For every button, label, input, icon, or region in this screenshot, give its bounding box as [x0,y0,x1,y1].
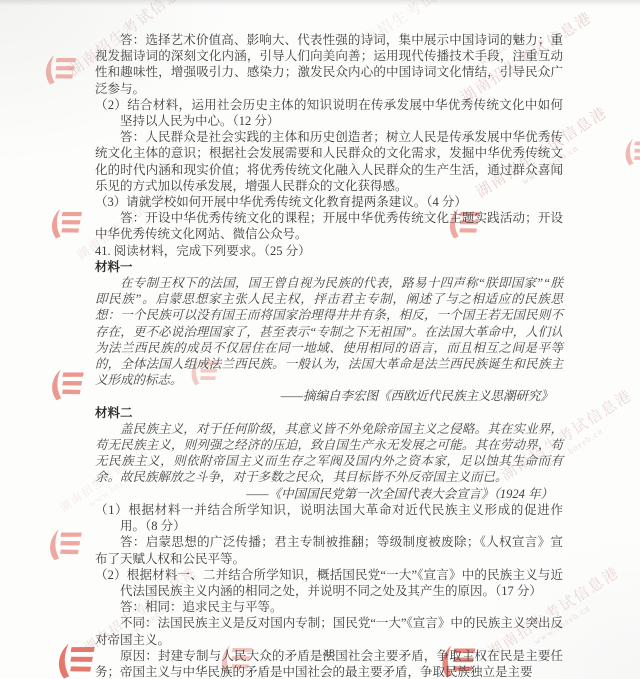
material-1-text: 在专制王权下的法国，国王曾自视为民族的代表，路易十四声称“朕即国家”“朕即民族”… [95,275,563,388]
page-number: 48 [95,646,563,661]
question-41-title: 41. 阅读材料，完成下列要求。（25 分） [95,243,563,259]
question-3: （3）请就学校如何开展中华优秀传统文化教育提两条建议。（4 分） [95,194,563,210]
question-41-1: （1）根据材料一并结合所学知识，说明法国大革命对近代民族主义形成的促进作用。（8… [95,502,563,534]
answer-paragraph: 不同：法国民族主义是反对国内专制；国民党“一大”《宣言》中的民族主义突出反对帝国… [95,615,563,647]
hneeb-logo-icon [40,49,84,86]
answer-paragraph: 答：选择艺术价值高、影响大、代表性强的诗词，集中展示中国诗词的魅力；重视发掘诗词… [95,32,563,97]
material-2-source: ——《中国国民党第一次全国代表大会宣言》（1924 年） [95,486,563,502]
question-2: （2）结合材料，运用社会历史主体的知识说明在传承发展中华优秀传统文化中如何坚持以… [95,97,563,129]
material-1-heading: 材料一 [95,259,563,275]
hneeb-logo-icon [620,134,640,168]
answer-paragraph: 答：人民群众是社会实践的主体和历史创造者；树立人民是传承发展中华优秀传统文化主体… [95,129,563,194]
material-2-heading: 材料二 [95,405,563,421]
material-2-text: 盖民族主义，对于任何阶级，其意义皆不外免除帝国主义之侵略。其在实业界，苟无民族主… [95,421,563,486]
hneeb-logo-icon [46,363,92,403]
answer-paragraph: 答：开设中华优秀传统文化的课程；开展中华优秀传统文化主题实践活动；开设中华优秀传… [95,210,563,242]
answer-paragraph: 答：启蒙思想的广泛传播；君主专制被推翻；等级制度被废除；《人权宣言》宣布了天赋人… [95,534,563,566]
material-1-source: ——摘编自李宏图《西欧近代民族主义思潮研究》 [95,388,563,404]
hneeb-logo-icon [46,203,90,240]
question-41-2: （2）根据材料一、二并结合所学知识，概括国民党“一大”《宣言》中的民族主义与近代… [95,567,563,599]
exam-answer-page: 答：选择艺术价值高、影响大、代表性强的诗词，集中展示中国诗词的魅力；重视发掘诗词… [95,32,563,679]
answer-paragraph: 答：相同：追求民主与平等。 [95,599,563,615]
hneeb-logo-icon [44,523,90,563]
